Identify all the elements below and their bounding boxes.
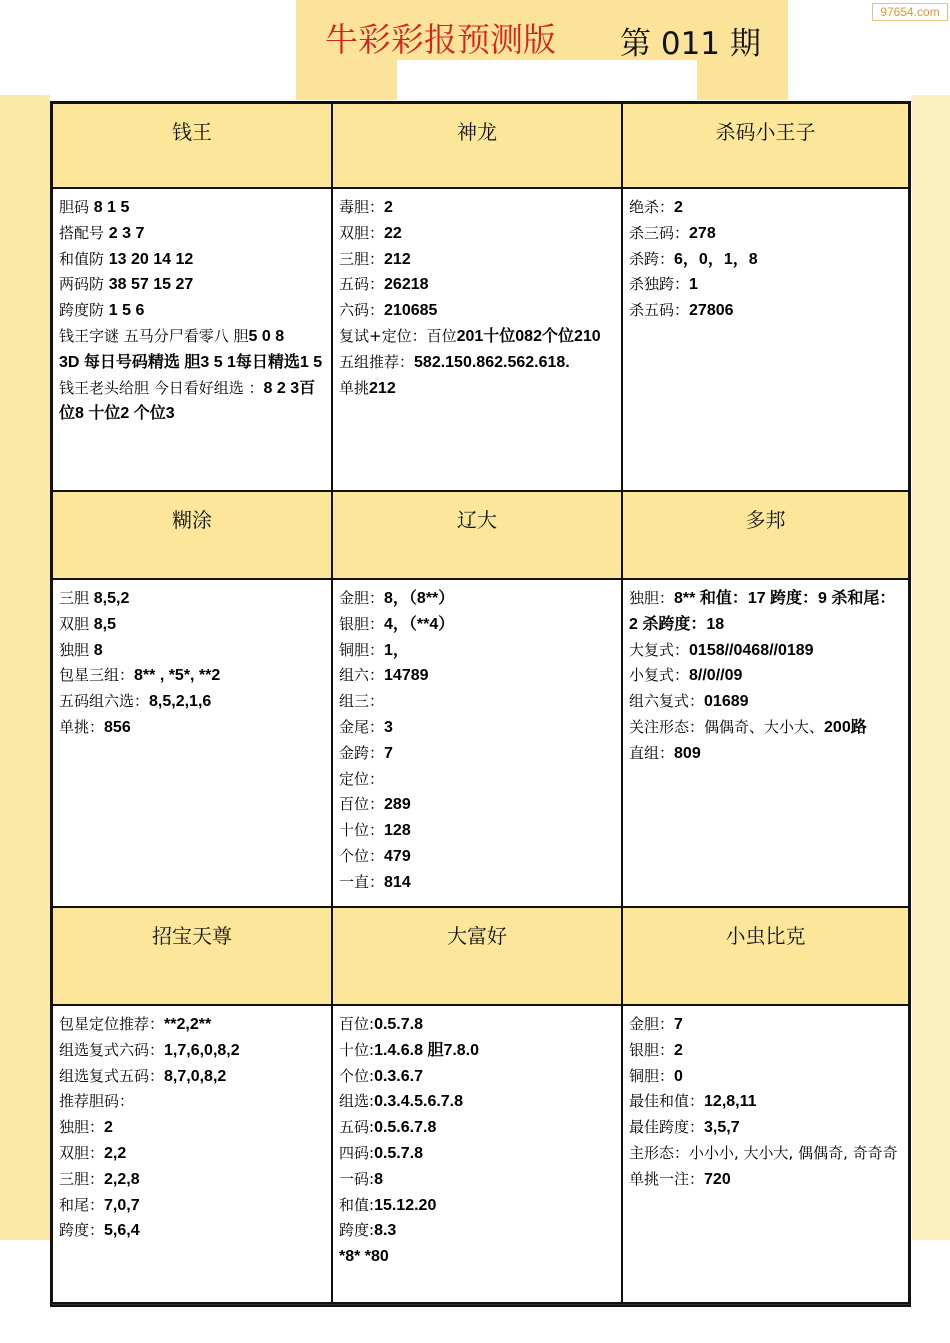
prediction-line: 个位：479	[339, 844, 615, 870]
line-value: 1.4.6.8 胆7.8.0	[374, 1042, 479, 1059]
table-bottom-rule	[52, 1304, 910, 1305]
prediction-line: 独胆 8	[59, 638, 325, 664]
prediction-line: 包星定位推荐：**2,2**	[59, 1012, 325, 1038]
prediction-line: 独胆：8** 和值：17 跨度：9 杀和尾：2 杀跨度：18	[629, 586, 902, 638]
line-label: 推荐胆码：	[59, 1092, 134, 1110]
line-label: 搭配号	[59, 224, 109, 242]
section-header-hutu: 糊涂	[53, 492, 333, 580]
right-decorative-band	[912, 95, 950, 1240]
line-value: 201十位082个位210	[457, 328, 601, 345]
line-value: 1 5 6	[109, 302, 145, 319]
line-value: 1，	[384, 642, 409, 659]
section-header-shamaxiaowangzi: 杀码小王子	[623, 104, 908, 189]
section-body-xiaochongbike: 金胆：7银胆：2铜胆：0最佳和值：12,8,11最佳跨度：3,5,7主形态：小小…	[623, 1006, 908, 1302]
prediction-line: 单挑：856	[59, 715, 325, 741]
line-value: 01689	[704, 693, 749, 710]
line-label: 双胆：	[59, 1144, 104, 1162]
prediction-line: 复试+定位：百位201十位082个位210	[339, 324, 615, 350]
line-label: 关注形态：偶偶奇、大小大、	[629, 718, 824, 736]
prediction-line: 百位:0.5.7.8	[339, 1012, 615, 1038]
line-label: 主形态：小小小, 大小大, 偶偶奇, 奇奇奇	[629, 1144, 898, 1162]
line-value: 814	[384, 874, 411, 891]
prediction-table: 钱王 神龙 杀码小王子 胆码 8 1 5搭配号 2 3 7和值防 13 20 1…	[50, 101, 911, 1307]
line-value: 15.12.20	[374, 1197, 436, 1214]
line-label: 双胆：	[339, 224, 384, 242]
section-body-dafuhao: 百位:0.5.7.8十位:1.4.6.8 胆7.8.0个位:0.3.6.7组选:…	[333, 1006, 623, 1302]
line-value: 720	[704, 1171, 731, 1188]
prediction-line: 组选复式六码：1,7,6,0,8,2	[59, 1038, 325, 1064]
line-label: 六码：	[339, 301, 384, 319]
line-value: 8,7,0,8,2	[164, 1068, 226, 1085]
line-value: **2,2**	[164, 1016, 211, 1033]
line-label: 一码:	[339, 1170, 374, 1188]
line-label: 三胆：	[339, 250, 384, 268]
line-label: 杀独跨：	[629, 275, 689, 293]
line-label: 单挑一注：	[629, 1170, 704, 1188]
line-label: 个位:	[339, 1067, 374, 1085]
prediction-line: 十位:1.4.6.8 胆7.8.0	[339, 1038, 615, 1064]
line-label: 五组推荐：	[339, 353, 414, 371]
line-label: 金胆：	[629, 1015, 674, 1033]
line-value: 1	[689, 276, 698, 293]
line-value: 2	[674, 1042, 683, 1059]
line-value: 6，0，1，8	[674, 251, 758, 268]
prediction-line: 跨度：5,6,4	[59, 1218, 325, 1244]
section-body-qianwang: 胆码 8 1 5搭配号 2 3 7和值防 13 20 14 12两码防 38 5…	[53, 189, 333, 492]
prediction-line: 最佳和值：12,8,11	[629, 1089, 902, 1115]
prediction-line: 六码：210685	[339, 298, 615, 324]
line-value: 5,6,4	[104, 1222, 140, 1239]
line-value: 0.5.7.8	[374, 1145, 423, 1162]
line-value: 8.3	[374, 1222, 396, 1239]
line-label: 双胆	[59, 615, 94, 633]
prediction-line: 定位：	[339, 767, 615, 793]
line-label: 单挑：	[59, 718, 104, 736]
section-body-hutu: 三胆 8,5,2双胆 8,5独胆 8包星三组：8** , *5*, **2五码组…	[53, 580, 333, 908]
line-label: 胆码	[59, 198, 94, 216]
line-label: 银胆：	[629, 1041, 674, 1059]
prediction-line: 单挑一注：720	[629, 1167, 902, 1193]
prediction-line: 百位：289	[339, 792, 615, 818]
line-label: 最佳和值：	[629, 1092, 704, 1110]
line-label: 独胆：	[59, 1118, 104, 1136]
line-value: 0.5.6.7.8	[374, 1119, 436, 1136]
line-label: 三胆：	[59, 1170, 104, 1188]
line-label: 十位:	[339, 1041, 374, 1059]
line-label: 跨度：	[59, 1221, 104, 1239]
line-label: 包星三组：	[59, 666, 134, 684]
line-label: 绝杀：	[629, 198, 674, 216]
line-label: 组选:	[339, 1092, 374, 1110]
prediction-line: 跨度:8.3	[339, 1218, 615, 1244]
line-label: 组六复式：	[629, 692, 704, 710]
prediction-line: 直组：809	[629, 741, 902, 767]
line-label: 个位：	[339, 847, 384, 865]
line-value: 7	[674, 1016, 683, 1033]
prediction-line: 四码:0.5.7.8	[339, 1141, 615, 1167]
line-value: 14789	[384, 667, 429, 684]
prediction-line: 组选:0.3.4.5.6.7.8	[339, 1089, 615, 1115]
line-value: *8* *80	[339, 1248, 389, 1265]
line-label: 定位：	[339, 770, 384, 788]
line-value: 8,5	[94, 616, 116, 633]
line-label: 杀五码：	[629, 301, 689, 319]
line-label: 铜胆：	[629, 1067, 674, 1085]
line-label: 钱王老头给胆 今日看好组选 ：	[59, 379, 264, 397]
left-decorative-band	[0, 95, 50, 1240]
prediction-line: 独胆：2	[59, 1115, 325, 1141]
section-header-duobang: 多邦	[623, 492, 908, 580]
line-value: 8,5,2	[94, 590, 130, 607]
line-value: 2 3 7	[109, 225, 145, 242]
line-value: 128	[384, 822, 411, 839]
section-body-zhaobaotianzun: 包星定位推荐：**2,2**组选复式六码：1,7,6,0,8,2组选复式五码：8…	[53, 1006, 333, 1302]
section-header-xiaochongbike: 小虫比克	[623, 908, 908, 1006]
line-label: 组三：	[339, 692, 384, 710]
prediction-line: 推荐胆码：	[59, 1089, 325, 1115]
line-value: 210685	[384, 302, 437, 319]
line-value: 2	[674, 199, 683, 216]
prediction-line: 搭配号 2 3 7	[59, 221, 325, 247]
prediction-line: 组六复式：01689	[629, 689, 902, 715]
prediction-line: 双胆：2,2	[59, 1141, 325, 1167]
prediction-line: 钱王老头给胆 今日看好组选 ：8 2 3百位8 十位2 个位3	[59, 376, 325, 428]
prediction-line: 金胆：8，（8**）	[339, 586, 615, 612]
line-value: 4，（**4）	[384, 616, 454, 633]
prediction-line: 两码防 38 57 15 27	[59, 272, 325, 298]
prediction-line: 大复式：0158//0468//0189	[629, 638, 902, 664]
line-label: 跨度防	[59, 301, 109, 319]
line-value: 38 57 15 27	[109, 276, 194, 293]
line-value: 582.150.862.562.618.	[414, 354, 570, 371]
line-label: 跨度:	[339, 1221, 374, 1239]
prediction-line: 三胆：212	[339, 247, 615, 273]
line-value: 5 0 8	[249, 328, 285, 345]
line-label: 独胆	[59, 641, 94, 659]
prediction-line: 三胆 8,5,2	[59, 586, 325, 612]
line-value: 0.3.6.7	[374, 1068, 423, 1085]
line-value: 212	[369, 380, 396, 397]
line-label: 包星定位推荐：	[59, 1015, 164, 1033]
line-value: 200路	[824, 719, 867, 736]
line-value: 8//0//09	[689, 667, 742, 684]
line-label: 两码防	[59, 275, 109, 293]
line-label: 组六：	[339, 666, 384, 684]
prediction-line: 组三：	[339, 689, 615, 715]
section-header-zhaobaotianzun: 招宝天尊	[53, 908, 333, 1006]
line-label: 杀三码：	[629, 224, 689, 242]
prediction-line: 胆码 8 1 5	[59, 195, 325, 221]
line-value: 0	[674, 1068, 683, 1085]
prediction-line: 金跨：7	[339, 741, 615, 767]
prediction-line: 金尾：3	[339, 715, 615, 741]
prediction-line: 银胆：2	[629, 1038, 902, 1064]
line-label: 百位：	[339, 795, 384, 813]
line-label: 复试+定位：百位	[339, 327, 457, 345]
site-watermark: 97654.com	[872, 3, 948, 21]
line-value: 8，（8**）	[384, 590, 454, 607]
prediction-line: 五码：26218	[339, 272, 615, 298]
line-value: 278	[689, 225, 716, 242]
prediction-line: 十位：128	[339, 818, 615, 844]
section-body-duobang: 独胆：8** 和值：17 跨度：9 杀和尾：2 杀跨度：18大复式：0158//…	[623, 580, 908, 908]
line-label: 大复式：	[629, 641, 689, 659]
prediction-line: 钱王字谜 五马分尸看零八 胆5 0 8	[59, 324, 325, 350]
section-header-liaoda: 辽大	[333, 492, 623, 580]
line-label: 和值防	[59, 250, 109, 268]
line-label: 毒胆：	[339, 198, 384, 216]
line-value: 0.5.7.8	[374, 1016, 423, 1033]
line-label: 金尾：	[339, 718, 384, 736]
prediction-line: 毒胆：2	[339, 195, 615, 221]
line-label: 五码：	[339, 275, 384, 293]
line-value: 22	[384, 225, 402, 242]
prediction-line: 五组推荐：582.150.862.562.618.	[339, 350, 615, 376]
prediction-line: 关注形态：偶偶奇、大小大、200路	[629, 715, 902, 741]
prediction-line: 杀五码：27806	[629, 298, 902, 324]
line-label: 一直：	[339, 873, 384, 891]
line-label: 小复式：	[629, 666, 689, 684]
line-label: 银胆：	[339, 615, 384, 633]
line-value: 8	[374, 1171, 383, 1188]
prediction-line: 杀独跨：1	[629, 272, 902, 298]
line-label: 单挑	[339, 379, 369, 397]
line-value: 1,7,6,0,8,2	[164, 1042, 240, 1059]
prediction-line: 五码组六选：8,5,2,1,6	[59, 689, 325, 715]
prediction-line: 和尾：7,0,7	[59, 1193, 325, 1219]
line-value: 479	[384, 848, 411, 865]
prediction-line: 组六：14789	[339, 663, 615, 689]
section-body-liaoda: 金胆：8，（8**）银胆：4，（**4）铜胆：1，组六：14789组三：金尾：3…	[333, 580, 623, 908]
prediction-line: 包星三组：8** , *5*, **2	[59, 663, 325, 689]
line-label: 组选复式六码：	[59, 1041, 164, 1059]
line-label: 十位：	[339, 821, 384, 839]
section-header-dafuhao: 大富好	[333, 908, 623, 1006]
line-value: 0158//0468//0189	[689, 642, 814, 659]
prediction-line: 双胆 8,5	[59, 612, 325, 638]
header-white-block	[397, 60, 697, 100]
prediction-line: 一码:8	[339, 1167, 615, 1193]
line-label: 钱王字谜 五马分尸看零八 胆	[59, 327, 249, 345]
line-value: 8** , *5*, **2	[134, 667, 220, 684]
prediction-line: 跨度防 1 5 6	[59, 298, 325, 324]
line-value: 7	[384, 745, 393, 762]
line-label: 百位:	[339, 1015, 374, 1033]
issue-number: 第 011 期	[620, 18, 761, 63]
page-title: 牛彩彩报预测版	[325, 14, 556, 61]
line-value: 27806	[689, 302, 734, 319]
prediction-line: 个位:0.3.6.7	[339, 1064, 615, 1090]
section-header-qianwang: 钱王	[53, 104, 333, 189]
prediction-line: 五码:0.5.6.7.8	[339, 1115, 615, 1141]
line-value: 26218	[384, 276, 429, 293]
line-label: 金胆：	[339, 589, 384, 607]
prediction-line: 银胆：4，（**4）	[339, 612, 615, 638]
line-label: 和尾：	[59, 1196, 104, 1214]
line-value: 809	[674, 745, 701, 762]
prediction-line: 小复式：8//0//09	[629, 663, 902, 689]
line-label: 最佳跨度：	[629, 1118, 704, 1136]
line-value: 212	[384, 251, 411, 268]
line-value: 8,5,2,1,6	[149, 693, 211, 710]
prediction-line: 最佳跨度：3,5,7	[629, 1115, 902, 1141]
prediction-line: 杀跨：6，0，1，8	[629, 247, 902, 273]
line-value: 2,2,8	[104, 1171, 140, 1188]
line-label: 铜胆：	[339, 641, 384, 659]
line-label: 三胆	[59, 589, 94, 607]
prediction-line: 双胆：22	[339, 221, 615, 247]
line-value: 3	[384, 719, 393, 736]
line-label: 直组：	[629, 744, 674, 762]
line-label: 杀跨：	[629, 250, 674, 268]
prediction-line: 单挑212	[339, 376, 615, 402]
prediction-line: 和值:15.12.20	[339, 1193, 615, 1219]
line-value: 8 1 5	[94, 199, 130, 216]
line-label: 组选复式五码：	[59, 1067, 164, 1085]
prediction-line: 3D 每日号码精选 胆3 5 1每日精选1 5	[59, 350, 325, 376]
section-body-shenlong: 毒胆：2双胆：22三胆：212五码：26218六码：210685复试+定位：百位…	[333, 189, 623, 492]
line-label: 独胆：	[629, 589, 674, 607]
prediction-line: 三胆：2,2,8	[59, 1167, 325, 1193]
prediction-line: 一直：814	[339, 870, 615, 896]
line-value: 2,2	[104, 1145, 126, 1162]
line-value: 13 20 14 12	[109, 251, 194, 268]
line-label: 五码:	[339, 1118, 374, 1136]
line-value: 289	[384, 796, 411, 813]
line-value: 12,8,11	[704, 1093, 757, 1110]
line-value: 7,0,7	[104, 1197, 140, 1214]
prediction-line: 主形态：小小小, 大小大, 偶偶奇, 奇奇奇	[629, 1141, 902, 1167]
line-value: 2	[384, 199, 393, 216]
prediction-line: 铜胆：0	[629, 1064, 902, 1090]
prediction-line: *8* *80	[339, 1244, 615, 1270]
line-value: 8	[94, 642, 103, 659]
line-value: 3D 每日号码精选 胆3 5 1每日精选1 5	[59, 354, 322, 371]
line-label: 五码组六选：	[59, 692, 149, 710]
prediction-line: 金胆：7	[629, 1012, 902, 1038]
line-value: 3,5,7	[704, 1119, 740, 1136]
section-body-shamaxiaowangzi: 绝杀：2杀三码：278杀跨：6，0，1，8杀独跨：1杀五码：27806	[623, 189, 908, 492]
line-label: 金跨：	[339, 744, 384, 762]
prediction-line: 杀三码：278	[629, 221, 902, 247]
line-label: 四码:	[339, 1144, 374, 1162]
prediction-line: 组选复式五码：8,7,0,8,2	[59, 1064, 325, 1090]
section-header-shenlong: 神龙	[333, 104, 623, 189]
line-label: 和值:	[339, 1196, 374, 1214]
line-value: 856	[104, 719, 131, 736]
prediction-line: 绝杀：2	[629, 195, 902, 221]
prediction-line: 和值防 13 20 14 12	[59, 247, 325, 273]
line-value: 2	[104, 1119, 113, 1136]
line-value: 0.3.4.5.6.7.8	[374, 1093, 463, 1110]
prediction-line: 铜胆：1，	[339, 638, 615, 664]
